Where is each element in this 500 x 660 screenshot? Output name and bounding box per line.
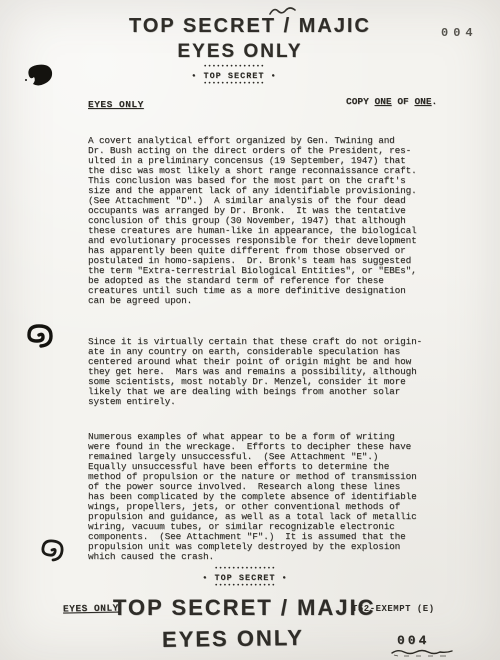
eyes-only-footer-small-label: EYES ONLY: [63, 603, 119, 615]
top-secret-mini-stamp-footer: •••••••••••••• • TOP SECRET • ••••••••••…: [192, 566, 298, 590]
eyes-only-left-label: EYES ONLY: [88, 99, 144, 110]
copy-one-underlined: ONE: [414, 96, 431, 107]
header-stamp-line2: EYES ONLY: [128, 41, 352, 63]
exempt-label: T52-EXEMPT (E): [352, 604, 435, 614]
spiral-scribble-icon: [25, 323, 53, 348]
paragraph-analytical-effort: A covert analytical effort organized by …: [88, 136, 436, 306]
paragraph-origin-speculation: Since it is virtually certain that these…: [88, 337, 436, 407]
stamp-dots-top: ••••••••••••••: [192, 566, 298, 573]
copy-period: .: [432, 96, 438, 107]
scribble-underline-icon: [390, 648, 456, 657]
footer-stamp-line2: EYES ONLY: [123, 624, 343, 653]
stamp-label: • TOP SECRET •: [192, 574, 298, 583]
scanned-document-page: 004 TOP SECRET / MAJIC EYES ONLY •••••••…: [0, 0, 500, 660]
footer-stamp-line1: TOP SECRET / MAJIC: [113, 595, 353, 621]
paragraph-writing-propulsion: Numerous examples of what appear to be a…: [88, 432, 436, 562]
header-stamp-line1: TOP SECRET / MAJIC: [128, 15, 372, 38]
spiral-scribble-icon: [39, 539, 65, 562]
stamp-dots-bottom: ••••••••••••••: [181, 81, 287, 88]
stamp-dots-bottom: ••••••••••••••: [192, 583, 298, 590]
copy-one-underlined: ONE: [375, 96, 392, 107]
copy-one-of-one-label: COPY ONE OF ONE.: [346, 96, 432, 107]
stamp-label: • TOP SECRET •: [181, 72, 287, 81]
page-number-top: 004: [441, 26, 478, 40]
ink-blob-icon: [23, 63, 55, 89]
copy-of-word: OF: [392, 96, 415, 107]
top-secret-mini-stamp-header: •••••••••••••• • TOP SECRET • ••••••••••…: [181, 64, 287, 88]
copy-word: COPY: [346, 96, 375, 107]
page-number-bottom: 004: [397, 633, 429, 648]
stamp-dots-top: ••••••••••••••: [181, 64, 287, 71]
